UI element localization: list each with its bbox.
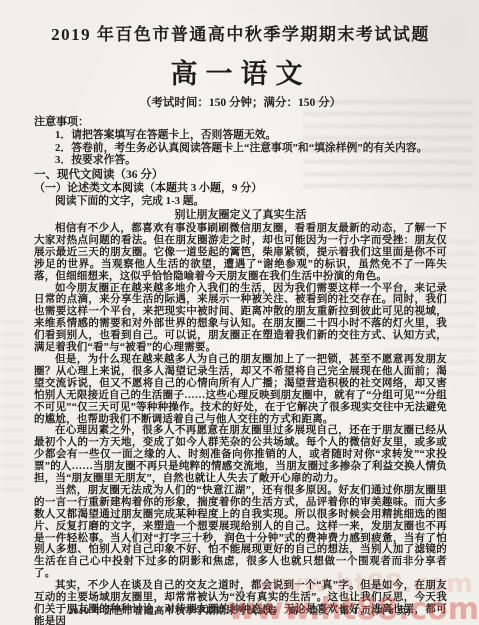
exam-title: 2019 年百色市普通高中秋季学期期末考试试题 <box>34 20 447 45</box>
reading-instruction: 阅读下面的文字，完成 1-3 题。 <box>55 195 447 208</box>
article-paragraph-3: 但是，为什么现在越来越多人为自己的朋友圈加上了一把锁，甚至不愿意再发朋友圈？从心… <box>34 354 447 425</box>
exam-time-score-info: （考试时间：150 分钟；满分：150 分） <box>34 94 447 110</box>
page-footer: 2019 年百色市普通高中秋季学期期末考试试卷 高一语文 第 1 页(共 8 页… <box>0 603 479 617</box>
exam-page: 2019 年百色市普通高中秋季学期期末考试试题 高一语文 （考试时间：150 分… <box>0 0 479 625</box>
notice-item-3: 3．按要求作答。 <box>55 154 447 167</box>
section-heading-modern-reading: 一、现代文阅读（36 分） <box>34 168 447 182</box>
article-paragraph-5: 当然，朋友圈无法成为人们的“快意江湖”，还有很多原因。好友们通过你朋友圈里的一言… <box>34 485 447 580</box>
article-title: 别让朋友圈定义了真实生活 <box>34 209 447 222</box>
notice-item-2: 2．答卷前，考生务必认真阅读答题卡上“注意事项”和“填涂样例”的有关内容。 <box>55 142 447 155</box>
notice-item-1: 1．请把答案填写在答题卡上，否则答题无效。 <box>55 129 447 142</box>
notice-heading: 注意事项： <box>34 116 447 129</box>
article-paragraph-2: 如今朋友圈正在越来越多地介入我们的生活，因为我们需要这样一个平台，来记录日常的点… <box>34 283 447 354</box>
subsection-heading-discourse-text: （一）论述类文本阅读（本题共 3 小题，9 分） <box>34 182 447 196</box>
article-paragraph-4: 在心理因素之外，很多人不再愿意在朋友圈里过多展现自己，还在于朋友圈已经从最初个人… <box>34 425 447 485</box>
exam-subject: 高一语文 <box>34 52 447 91</box>
article-paragraph-1: 相信有不少人，都喜欢有事没事刷刷微信朋友圈，看看朋友最新的动态，了解一下大家对热… <box>34 223 447 283</box>
scan-ghosting-artifact <box>2 320 26 500</box>
